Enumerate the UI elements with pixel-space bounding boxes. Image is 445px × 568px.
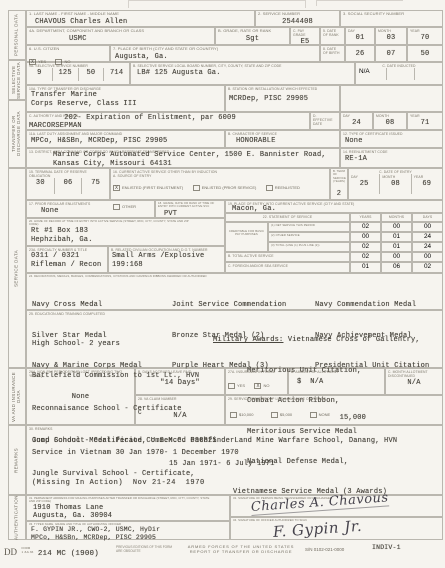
date-of-rank-year-value: 70 <box>408 33 442 44</box>
section-remarks: Remarks <box>8 425 26 495</box>
form-title-line2: REPORT OF TRANSFER OR DISCHARGE <box>182 549 300 554</box>
section-transfer-discharge: Transfer or Discharge Data <box>8 100 26 168</box>
total-active-service-label: b. Total Active Service <box>226 253 349 258</box>
branch-value: USMC <box>27 34 214 45</box>
field-service-number: 2. Service Number 2544408 <box>255 10 340 27</box>
effective-date-month-value: 08 <box>374 118 406 129</box>
field-member-signature: 32. Signature of Person Being Transferre… <box>230 495 443 517</box>
reenlisted-checkbox <box>266 185 273 191</box>
sgli-none-checkbox <box>310 412 317 418</box>
date-of-entry-year: 69 <box>412 179 442 190</box>
field-sgli-coverage: 29. Servicemen's Group Life Insurance Co… <box>225 395 443 425</box>
field-certificate-issued: 12. Type of Certificate Issued None <box>340 130 443 148</box>
field-home-of-record: 20. Home of Record at Time of Entry Into… <box>26 218 225 246</box>
other-service-label: (2) Other Service <box>269 233 349 237</box>
field-authority-reason: c. Authority and Reason 202- Expiration … <box>26 112 310 130</box>
allotment-month-label: c. Month Allotment Discontinued <box>386 369 442 378</box>
scan-artifact-top <box>128 0 306 8</box>
grade-value: Sgt <box>216 34 289 45</box>
local-board-value: LB# 125 Augusta Ga. <box>131 68 354 79</box>
field-allotment-amount: b. Amount of Allotment $ N/A <box>288 368 385 395</box>
authority-reason-label: c. Authority and Reason <box>27 113 80 118</box>
station-effected-value: MCRDep, PISC 29905 <box>226 91 339 105</box>
field-education-training: 25. Education and Training Completed Hig… <box>26 310 443 368</box>
total-months: 01 <box>381 242 412 252</box>
net-service-label: (1) Net Service This Period <box>269 223 349 227</box>
stmt-row1-label: (1) Net Service This Period <box>268 222 350 232</box>
years-column-header: Years <box>350 213 381 222</box>
foreign-sea-years: 01 <box>350 262 381 273</box>
field-va-claim: 28. VA Claim Number C N/A <box>135 395 225 425</box>
remarks-line-4: (Missing In Action) Nov 21-24 1970 <box>32 478 205 489</box>
other-service-years: 00 <box>350 232 381 242</box>
enlisted-prior-checkbox <box>193 185 200 191</box>
effective-date-year: Year 71 <box>407 112 443 130</box>
education-item: High School- 2 years <box>32 339 234 350</box>
doe-day-col: Day 25 <box>349 174 380 194</box>
term-of-service-value: 2 <box>331 183 347 200</box>
statement-of-service-label: 22. Statement of Service <box>226 214 349 219</box>
terminal-date-year: 75 <box>82 178 109 194</box>
date-of-rank-day-value: 01 <box>346 33 374 44</box>
home-of-record-value: Rt #1 Box 183 Hephzibah, Ga. <box>27 227 224 245</box>
ssn-part-1: 9 <box>27 68 53 81</box>
date-inducted-value: N/A <box>356 68 387 80</box>
sgli-10000-checkbox <box>230 412 237 418</box>
military-awards-title: Military Awards: <box>213 336 283 344</box>
pay-grade-label: c. Pay Grade <box>291 28 319 37</box>
months-header-text: Months <box>382 214 411 219</box>
decoration-item: Joint Service Commendation <box>172 300 286 310</box>
field-non-pay-periods: 26a. Non-Pay Periods/Time Lost (Precedin… <box>26 368 135 425</box>
form-dd-text: DD <box>4 547 17 557</box>
home-of-record-label: 20. Home of Record at Time of Entry Into… <box>27 219 201 227</box>
form-indiv-copy: INDIV-1 <box>372 543 401 553</box>
certificate-issued-value: None <box>341 136 442 147</box>
sgli-5000-checkbox <box>271 412 278 418</box>
date-of-rank-label: 5. Date of Rank <box>321 28 344 37</box>
field-pay-grade: c. Pay Grade E5 <box>290 27 320 45</box>
days-header-text: Days <box>413 214 442 219</box>
field-specialty: 23a. Specialty Number & Title 0311 / 032… <box>26 246 108 273</box>
date-of-entry-day: 25 <box>349 179 379 190</box>
date-of-rank-day: Day 01 <box>345 27 375 45</box>
field-date-inducted: c. Date Inducted N/A <box>355 62 443 85</box>
allotment-currency: $ <box>297 378 301 386</box>
non-pay-periods-value: None <box>27 378 134 403</box>
field-local-board: b. Selective Service Local Board Number,… <box>130 62 355 85</box>
field-selective-service-number: 9a. Selective Service Number 9 125 50 71… <box>26 62 130 85</box>
form-title-block: ARMED FORCES OF THE UNITED STATES REPORT… <box>182 544 300 554</box>
stmt-row5-label: c. Foreign and/or Sea Service <box>225 262 350 273</box>
ssn-part-4: 714 <box>104 68 129 81</box>
field-reservist-transferred-to: 13. District, Area Command or Corps to W… <box>26 148 340 168</box>
stmt-row2-label: (2) Other Service <box>268 232 350 242</box>
form-id-text: 214 MC (1900) <box>38 550 99 558</box>
field-date-of-birth-caption: 8. Date of Birth <box>320 45 345 62</box>
remarks-label: 30. Remarks <box>27 426 442 431</box>
reenlisted-label: Reenlisted <box>275 185 300 190</box>
prior-enlistments-value: None <box>27 206 154 217</box>
non-pay-periods-label: 26a. Non-Pay Periods/Time Lost (Precedin… <box>27 369 134 378</box>
allotment-month-value: N/A <box>386 378 442 389</box>
field-entry-place: 19. Place of Entry Into Current Active S… <box>225 200 443 213</box>
civilian-occupation-value: Small Arms /Explosive 199:168 <box>109 252 224 270</box>
transfer-type-value: Transfer Marine Corps Reserve, Class III <box>27 91 224 109</box>
field-entry-grade: 18. Grade, Rate or Rank at Time of Entry… <box>155 200 225 218</box>
section-personal-data: Personal Data <box>8 10 26 60</box>
last-duty-value: MPCo, H&SBn, MCRDep, PISC 29905 <box>27 136 224 147</box>
field-transfer-type: 10a. Type of Transfer or Discharge Trans… <box>26 85 225 112</box>
field-date-of-rank-caption: 5. Date of Rank <box>320 27 345 45</box>
field-branch: 4a. Department, Component and Branch or … <box>26 27 215 45</box>
decorations-label: 24. Decorations, Medals, Badges, Commend… <box>27 274 442 278</box>
field-station-effected: b. Station or Installation at Which Effe… <box>225 85 340 112</box>
field-character-of-service: b. Character of Service HONORABLE <box>225 130 340 148</box>
field-ssan: 3. Social Security Number <box>340 10 443 27</box>
field-citizen: 6. U.S. Citizen XYes No <box>26 45 110 62</box>
date-inducted-year-cell <box>415 68 442 80</box>
form-obsolete-note: Previous editions of this form are obsol… <box>116 545 178 553</box>
field-current-active-service: 16. Current Active Service Other Than by… <box>110 168 330 200</box>
terminal-date-day: 30 <box>27 178 55 194</box>
award-item: Vietnamese Cross of Gallentry, <box>288 336 420 344</box>
member-signature: Charles A. Chavous <box>250 490 389 516</box>
total-days: 24 <box>412 242 443 252</box>
authorizing-officer-value: F. GYPIN JR., CWO-2, USMC, HyDir MPCo, H… <box>27 526 229 542</box>
months-column-header: Months <box>381 213 412 222</box>
field-prior-enlistments: 17. Prior Regular Enlistments None <box>26 200 155 218</box>
doe-year-col: Year 69 <box>412 174 442 194</box>
insurance-yes-label: Yes <box>237 383 245 388</box>
total-label: (3) Total (Line (1) plus Line (2)) <box>269 243 349 247</box>
insurance-yes-checkbox <box>228 383 235 389</box>
sgli-amount-value: 15,000 <box>340 414 366 422</box>
term-of-service-label: b. Term of Service (Years) <box>331 169 347 183</box>
date-of-birth-year-value: 50 <box>408 46 442 60</box>
foreign-sea-service-label: c. Foreign and/or Sea Service <box>226 263 349 268</box>
name-value: CHAVOUS Charles Allen <box>27 17 254 28</box>
field-place-of-birth: 7. Place of Birth (City and State or Cou… <box>110 45 320 62</box>
date-inducted-month-cell <box>387 68 415 80</box>
effective-date-month: Month 08 <box>373 112 407 130</box>
statement-of-service-header: 22. Statement of Service <box>225 213 350 222</box>
scan-artifact-top2 <box>316 0 403 6</box>
ssan-label: 3. Social Security Number <box>341 11 442 17</box>
permanent-address-label: 31. Permanent Address for Mailing Purpos… <box>27 496 216 504</box>
terminal-date-month: 06 <box>55 178 83 194</box>
field-grade: b. Grade, Rate or Rank Sgt <box>215 27 290 45</box>
decoration-item: Navy Cross Medal <box>32 300 142 310</box>
specialty-value: 0311 / 0321 Rifleman / Recon <box>27 252 107 270</box>
ssn-part-2: 125 <box>53 68 79 81</box>
field-effective-date-caption: d. Effective Date <box>310 112 340 130</box>
date-of-rank-month: Month 03 <box>375 27 407 45</box>
terminal-date-label: 15. Terminal Date of Reserve Obligation <box>27 169 109 178</box>
allotment-amount-value: $ N/A <box>289 374 384 388</box>
sgli-10000-label: $10,000 <box>239 412 253 417</box>
field-reenlistment-code: 14. Reenlistment Code RE-1A <box>340 148 443 168</box>
field-term-of-service: b. Term of Service (Years) 2 <box>330 168 348 200</box>
date-of-birth-day: 26 <box>345 45 375 62</box>
creditable-basic-pay-label: Creditable for Basic Pay Purposes <box>226 223 267 237</box>
total-active-months: 00 <box>381 252 412 262</box>
remarks-line-2: Service in Vietnam 30 Jan 1970- 1 Decemb… <box>32 448 239 459</box>
remarks-line-3: 15 Jan 1971- 6 July 1971 <box>169 459 275 470</box>
other-service-months: 01 <box>381 232 412 242</box>
insurance-no-checkbox: X <box>254 383 261 389</box>
date-of-rank-year: Year 70 <box>407 27 443 45</box>
date-of-birth-month-value: 07 <box>376 46 406 60</box>
date-of-birth-month: 07 <box>375 45 407 62</box>
va-claim-prefix: C <box>138 408 142 417</box>
doe-month-col: Month 08 <box>380 174 411 194</box>
net-service-days: 00 <box>412 222 443 232</box>
date-of-birth-label: 8. Date of Birth <box>321 46 344 55</box>
other-service-days: 24 <box>412 232 443 242</box>
sgli-none-label: None <box>319 412 331 417</box>
service-number-value: 2544408 <box>256 17 339 28</box>
effective-date-day-value: 24 <box>341 118 372 129</box>
field-officer-signature: 34. Signature of Officer Authorized to S… <box>230 517 443 540</box>
reenlistment-code-value: RE-1A <box>341 154 442 165</box>
total-years: 02 <box>350 242 381 252</box>
field-terminal-date: 15. Terminal Date of Reserve Obligation … <box>26 168 110 200</box>
empty-cell-row5 <box>340 85 443 112</box>
stmt-row3-label: (3) Total (Line (1) plus Line (2)) <box>268 242 350 252</box>
reservist-transferred-label: 13. District, Area Command or Corps to W… <box>27 149 181 154</box>
form-number-block: DD FORM 1 JUL 66 214 MC (1900) <box>4 542 99 558</box>
section-selective-service: Selective Service Data <box>8 60 26 100</box>
days-column-header: Days <box>412 213 443 222</box>
insurance-no-label: No <box>263 383 269 388</box>
foreign-sea-days: 02 <box>412 262 443 273</box>
form-edition-text: FORM 1 JUL 66 <box>21 547 33 554</box>
effective-date-year-value: 71 <box>408 118 442 129</box>
total-active-years: 02 <box>350 252 381 262</box>
net-service-months: 00 <box>381 222 412 232</box>
section-service-data: Service Data <box>8 168 26 368</box>
permanent-address-value: 1910 Thomas Lane Augusta, Ga. 30904 <box>27 504 229 522</box>
effective-date-day: Day 24 <box>340 112 373 130</box>
field-remarks: 30. Remarks Good Conduct Medal Period Co… <box>26 425 443 495</box>
effective-date-label: d. Effective Date <box>311 113 339 126</box>
enlisted-first-checkbox: X <box>113 185 120 191</box>
foreign-sea-months: 06 <box>381 262 412 273</box>
field-accrued-leave: b. Days Accrued Leave Paid "14 Days" <box>135 368 225 395</box>
place-of-birth-value: Augusta, Ga. <box>111 52 319 63</box>
form-stock-number: S/N 0102-021-0000 <box>305 547 344 552</box>
accrued-leave-value: "14 Days" <box>136 374 224 389</box>
allotment-value-text: N/A <box>310 378 323 386</box>
enlisted-prior-label: Enlisted (Prior Service) <box>202 185 257 190</box>
field-authorizing-officer: 33. Typed Name, Grade and Title of Autho… <box>26 521 230 540</box>
date-of-birth-day-value: 26 <box>346 46 374 60</box>
va-claim-value: N/A <box>136 401 224 422</box>
field-civilian-occupation: b. Related Civilian Occupation and D.O.T… <box>108 246 225 273</box>
field-permanent-address: 31. Permanent Address for Mailing Purpos… <box>26 495 230 521</box>
character-of-service-value: HONORABLE <box>226 136 339 147</box>
field-allotment-month: c. Month Allotment Discontinued N/A <box>385 368 443 395</box>
field-name: 1. Last Name - First Name - Middle Name … <box>26 10 255 27</box>
dd214-scanned-form: Personal Data Selective Service Data Tra… <box>0 0 445 568</box>
section-authentication: Authentication <box>8 495 26 540</box>
date-of-rank-month-value: 03 <box>376 33 406 44</box>
section-va-insurance: VA and Insurance Data <box>8 368 26 425</box>
decoration-item: Navy Commendation Medal <box>315 300 429 310</box>
years-header-text: Years <box>351 214 380 219</box>
sgli-5000-label: $5,000 <box>280 412 292 417</box>
date-of-birth-year: 50 <box>407 45 443 62</box>
remarks-line-1: Good Conduct Medal Period Commenced 6908… <box>32 436 397 447</box>
field-last-duty: 11a. Last Duty Assignment and Major Comm… <box>26 130 225 148</box>
enlisted-first-label: Enlisted (First Enlistment) <box>122 185 183 190</box>
ssn-part-3: 50 <box>79 68 105 81</box>
net-service-years: 02 <box>350 222 381 232</box>
military-awards-line: Military Awards: Vietnamese Cross of Gal… <box>213 335 420 345</box>
field-decorations: 24. Decorations, Medals, Badges, Commend… <box>26 273 443 310</box>
stmt-row4-label: b. Total Active Service <box>225 252 350 262</box>
creditable-basic-pay-box: Creditable for Basic Pay Purposes <box>225 222 268 252</box>
date-of-entry-month: 08 <box>380 179 410 190</box>
field-date-of-entry: c. Date of Entry Day 25 Month 08 Year 69 <box>348 168 443 200</box>
total-active-days: 00 <box>412 252 443 262</box>
field-insurance-in-force: 27a. Insurance in Force Yes XNo <box>225 368 288 395</box>
entry-grade-label: 18. Grade, Rate or Rank at Time of Entry… <box>156 201 224 209</box>
